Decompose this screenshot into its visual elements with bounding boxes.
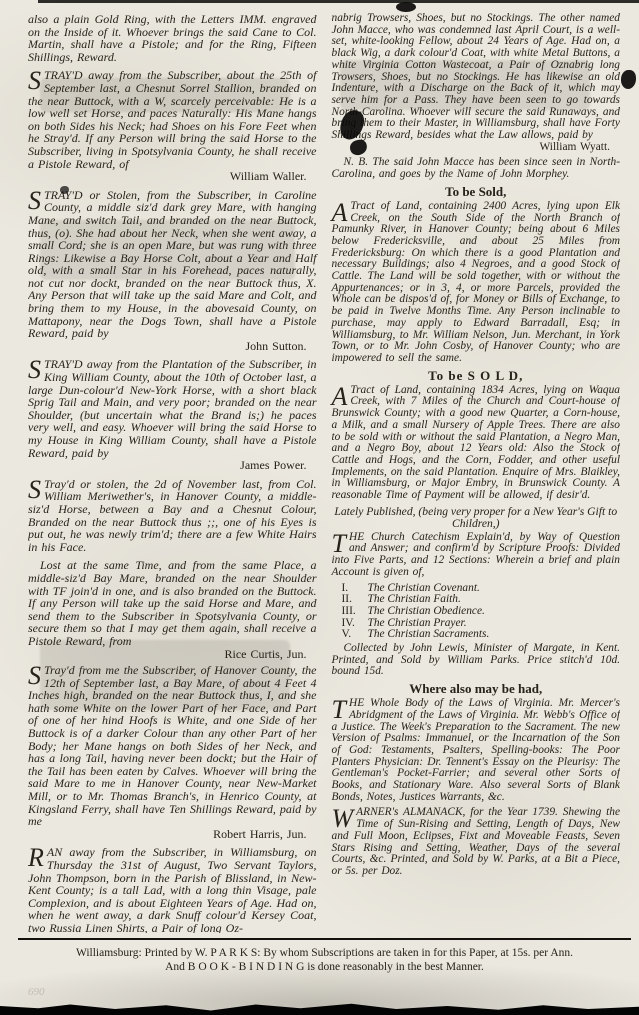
list-item-text: The Christian Covenant.: [368, 582, 480, 594]
ad-body: AN away from the Subscriber, in Williams…: [28, 845, 317, 933]
nb-text: N. B. The said John Macce has been since…: [332, 156, 621, 180]
dropcap-initial: A: [332, 201, 351, 223]
scan-top-edge: [38, 0, 639, 3]
list-item-numeral: III.: [342, 606, 368, 618]
ad-body: Collected by John Lewis, Minister of Mar…: [332, 642, 621, 677]
ad-body: HE Church Catechism Explain'd, by Way of…: [332, 531, 621, 578]
land-sale-waqua-creek-ad: ATract of Land, containing 1834 Acres, l…: [332, 385, 621, 502]
list-item-text: The Christian Prayer.: [368, 617, 467, 629]
to-be-sold-heading-2: To be S O L D,: [332, 369, 621, 383]
books-for-sale-ad: THE Whole Body of the Laws of Virginia. …: [332, 698, 621, 803]
left-column: also a plain Gold Ring, with the Letters…: [28, 13, 317, 933]
ad-body: TRAY'D away from the Subscriber, about t…: [28, 68, 317, 170]
runaway-taylors-ad: RAN away from the Subscriber, in William…: [28, 846, 317, 933]
land-sale-elk-creek-ad: ATract of Land, containing 2400 Acres, l…: [332, 201, 621, 365]
right-column: nabrig Trowsers, Shoes, but no Stockings…: [332, 13, 621, 933]
signature: Robert Harris, Jun.: [28, 828, 317, 841]
warners-almanack-ad: WARNER's ALMANACK, for the Year 1739. Sh…: [332, 807, 621, 877]
dropcap-initial: S: [28, 189, 44, 211]
lately-published-heading: Lately Published, (being very proper for…: [332, 506, 621, 531]
imprint-line2: And B O O K - B I N D I N G is done reas…: [20, 960, 629, 974]
dropcap-initial: T: [332, 698, 349, 720]
dropcap-initial: W: [332, 807, 357, 829]
printer-imprint: Williamsburg: Printed by W. P A R K S: B…: [20, 946, 629, 974]
to-be-sold-heading: To be Sold,: [332, 185, 621, 199]
dropcap-initial: T: [332, 532, 349, 554]
scan-bottom-edge: [0, 1000, 639, 1015]
runaway-taylors-continuation: nabrig Trowsers, Shoes, but no Stockings…: [332, 13, 621, 153]
ad-body: TRAY'D or Stolen, from the Subscriber, i…: [28, 188, 317, 341]
ad-body: Tract of Land, containing 2400 Acres, ly…: [332, 200, 621, 364]
strayed-mare-colt-ad: STRAY'D or Stolen, from the Subscriber, …: [28, 189, 317, 353]
church-catechism-ad: THE Church Catechism Explain'd, by Way o…: [332, 532, 621, 579]
catechism-colophon: Collected by John Lewis, Minister of Mar…: [332, 643, 621, 678]
signature: James Power.: [28, 459, 317, 472]
imprint-line1: Williamsburg: Printed by W. P A R K S: B…: [20, 946, 629, 960]
ad-body: Tray'd or stolen, the 2d of November las…: [28, 477, 317, 554]
dropcap-initial: S: [28, 69, 44, 91]
gold-ring-notice: also a plain Gold Ring, with the Letters…: [28, 13, 317, 63]
signature: William Waller.: [28, 170, 317, 183]
nota-bene: N. B. The said John Macce has been since…: [332, 157, 621, 180]
dropcap-initial: R: [28, 846, 47, 868]
page-mark: 690: [28, 986, 45, 998]
list-item-numeral: V.: [342, 629, 368, 641]
page-body: also a plain Gold Ring, with the Letters…: [28, 13, 620, 933]
list-item: V.The Christian Sacraments.: [342, 629, 621, 641]
ink-blot: [396, 2, 416, 12]
signature: John Sutton.: [28, 340, 317, 353]
dropcap-initial: A: [332, 385, 351, 407]
ad-body: nabrig Trowsers, Shoes, but no Stockings…: [332, 13, 621, 141]
dropcap-initial: S: [28, 478, 44, 500]
ad-body: ARNER's ALMANACK, for the Year 1739. She…: [332, 806, 621, 877]
strayed-stallion-ad: STRAY'D away from the Subscriber, about …: [28, 69, 317, 182]
signature: William Wyatt.: [332, 142, 621, 154]
dropcap-initial: S: [28, 358, 44, 380]
ad-body: Tract of Land, containing 1834 Acres, ly…: [332, 384, 621, 501]
ad-body: TRAY'D away from the Plantation of the S…: [28, 357, 317, 459]
ad-body: HE Whole Body of the Laws of Virginia. M…: [332, 697, 621, 803]
catechism-parts-list: I.The Christian Covenant. II.The Christi…: [332, 583, 621, 642]
dropcap-initial: S: [28, 664, 44, 686]
list-item-text: The Christian Sacraments.: [368, 628, 490, 640]
list-item-text: The Christian Faith.: [368, 593, 461, 605]
ink-blot: [621, 70, 636, 89]
ad-body: also a plain Gold Ring, with the Letters…: [28, 13, 317, 64]
strayed-newyork-horse-ad: STRAY'D away from the Plantation of the …: [28, 358, 317, 471]
strayed-meriwether-ad-part2: Lost at the same Time, and from the same…: [28, 559, 317, 660]
ad-body: Lost at the same Time, and from the same…: [28, 558, 317, 648]
signature: Rice Curtis, Jun.: [28, 648, 317, 661]
newspaper-page: also a plain Gold Ring, with the Letters…: [0, 0, 639, 1015]
strayed-bay-mare-ad: STray'd from me the Subscriber, of Hanov…: [28, 664, 317, 840]
list-item-text: The Christian Obedience.: [368, 605, 485, 617]
strayed-meriwether-ad: STray'd or stolen, the 2d of November la…: [28, 478, 317, 554]
ad-body: Tray'd from me the Subscriber, of Hanove…: [28, 663, 317, 828]
where-also-heading: Where also may be had,: [332, 682, 621, 696]
footer-rule: [18, 938, 631, 940]
